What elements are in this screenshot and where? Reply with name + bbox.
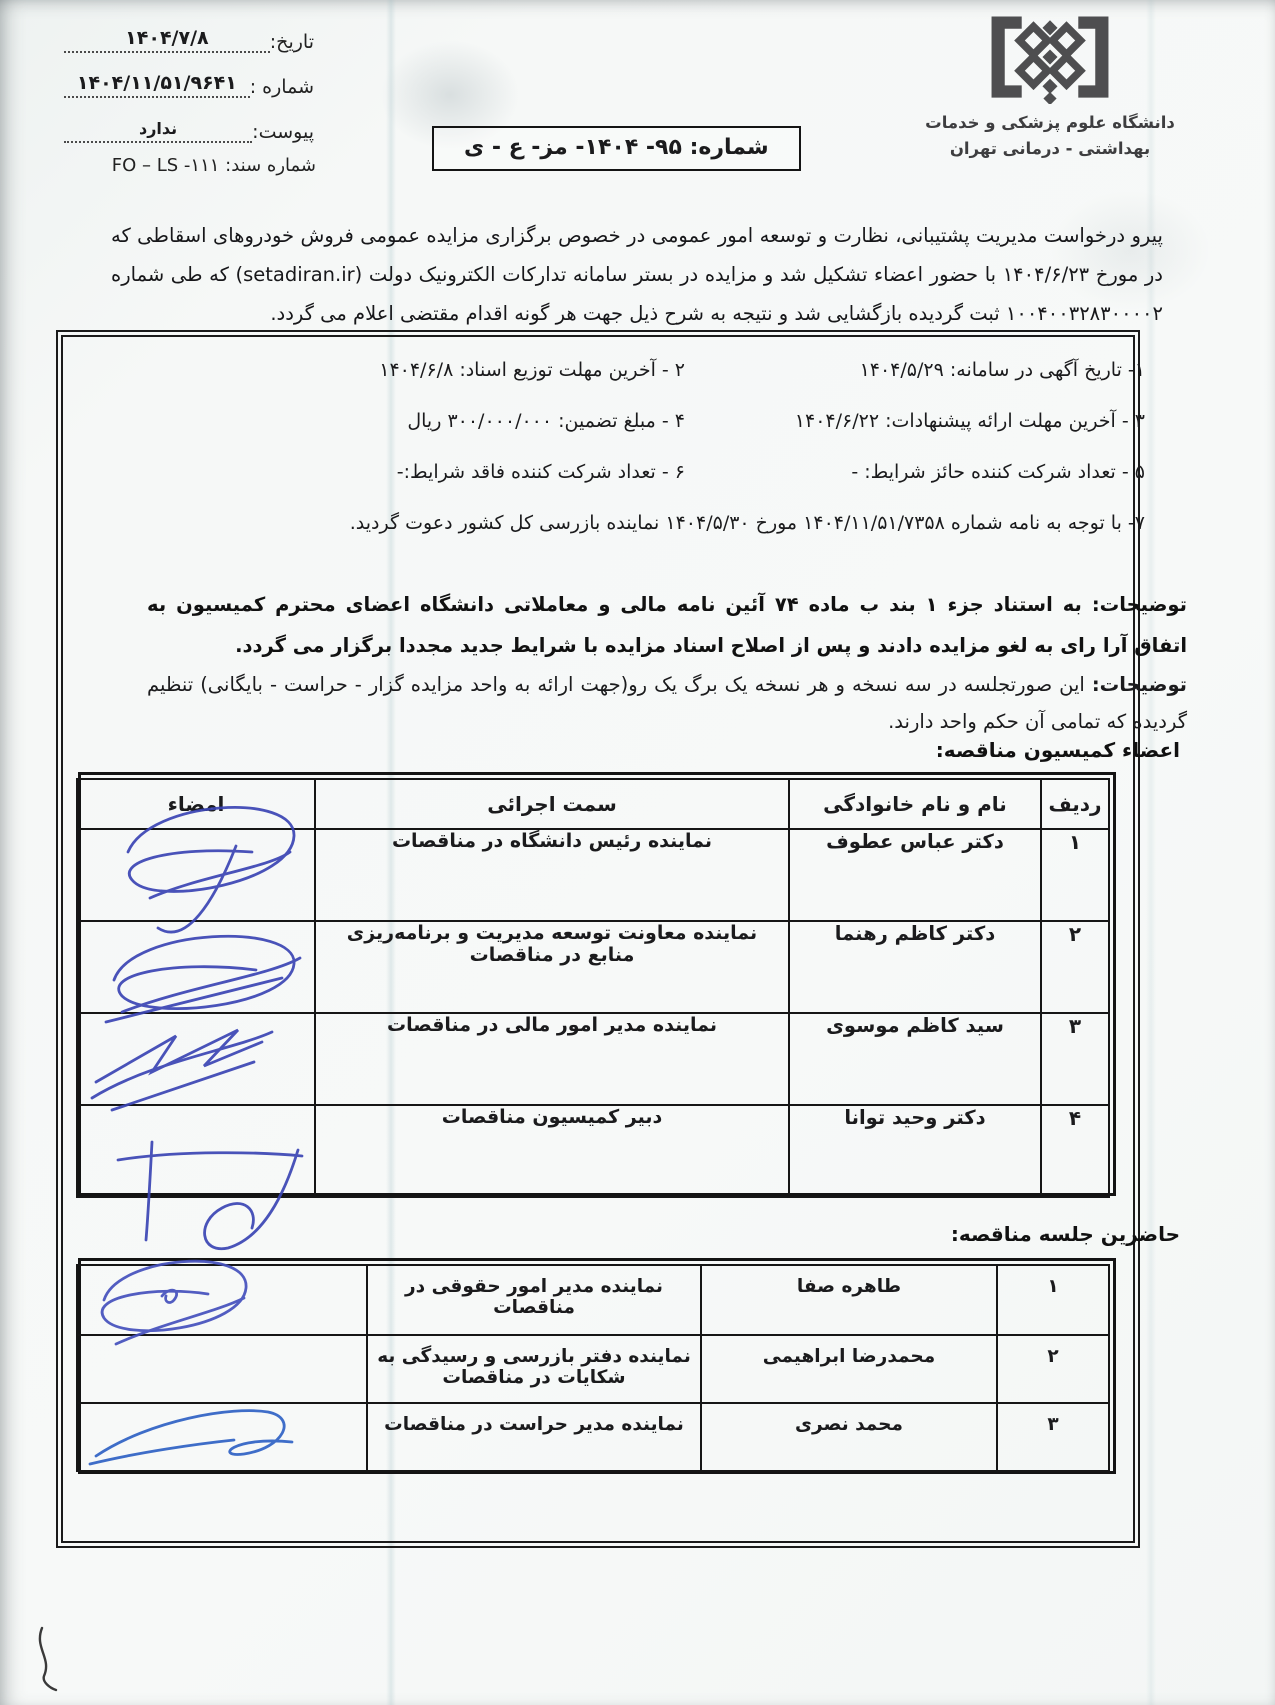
- members-heading: اعضاء کمیسیون مناقصه:: [160, 738, 1180, 762]
- members-header-row: ردیف نام و نام خانوادگی سمت اجرائی امضاء: [77, 779, 1109, 829]
- pen-mark: [40, 1628, 56, 1690]
- meta-number-row: شماره : ۱۴۰۴/۱۱/۵۱/۹۶۴۱: [64, 65, 316, 98]
- signature-cell: [77, 1013, 315, 1105]
- table-row: ۱ طاهره صفا نماینده مدیر امور حقوقی در م…: [77, 1265, 1109, 1335]
- attendees-table: ۱ طاهره صفا نماینده مدیر امور حقوقی در م…: [78, 1258, 1116, 1474]
- item-unqualified-participants: ۶ - تعداد شرکت کننده فاقد شرایط:-: [145, 454, 685, 490]
- item-ad-date: ۱- تاریخ آگهی در سامانه: ۱۴۰۴/۵/۲۹: [685, 352, 1145, 388]
- table-row: ۴ دکتر وحید توانا دبیر کمیسیون مناقصات: [77, 1105, 1109, 1197]
- signature-cell: [77, 1105, 315, 1197]
- attachment-dotted-line: ندارد: [64, 123, 252, 143]
- date-label: تاریخ:: [270, 31, 316, 53]
- note-copies: توضیحات: این صورتجلسه در سه نسخه و هر نس…: [147, 666, 1187, 740]
- table-row: ۳ سید کاظم موسوی نماینده مدیر امور مالی …: [77, 1013, 1109, 1105]
- meta-attachment-row: پیوست: ندارد: [64, 110, 316, 143]
- item-doc-distribution-deadline: ۲ - آخرین مهلت توزیع اسناد: ۱۴۰۴/۶/۸: [145, 352, 685, 388]
- note1-body: به استناد جزء ۱ بند ب ماده ۷۴ آئین نامه …: [147, 593, 1187, 657]
- signature-cell: [77, 829, 315, 921]
- table-row: ۳ محمد نصری نماینده مدیر حراست در مناقصا…: [77, 1403, 1109, 1471]
- org-name-line1: دانشگاه علوم پزشکی و خدمات: [900, 110, 1200, 136]
- intro-paragraph: پیرو درخواست مدیریت پشتیبانی، نظارت و تو…: [111, 216, 1163, 333]
- number-label: شماره :: [250, 76, 316, 98]
- tender-detail-items: ۱- تاریخ آگهی در سامانه: ۱۴۰۴/۵/۲۹ ۲ - آ…: [145, 352, 1145, 541]
- col-header-row-number: ردیف: [1041, 779, 1109, 829]
- org-name-line2: بهداشتی - درمانی تهران: [900, 136, 1200, 162]
- item-guarantee-amount: ۴ - مبلغ تضمین: ۳۰۰/۰۰۰/۰۰۰ ریال: [145, 403, 685, 439]
- note1-label: توضیحات:: [1092, 593, 1187, 616]
- attachment-value: ندارد: [139, 119, 177, 138]
- signature-cell: [77, 1265, 367, 1335]
- letterhead-meta: تاریخ: ۱۴۰۴/۷/۸ شماره : ۱۴۰۴/۱۱/۵۱/۹۶۴۱ …: [64, 20, 316, 176]
- members-table: ردیف نام و نام خانوادگی سمت اجرائی امضاء…: [78, 772, 1116, 1196]
- col-header-name: نام و نام خانوادگی: [789, 779, 1041, 829]
- document-number-box: شماره: ۹۵- ۱۴۰۴- مز- ع - ی: [432, 126, 801, 171]
- meta-date-row: تاریخ: ۱۴۰۴/۷/۸: [64, 20, 316, 53]
- signature-cell: [77, 921, 315, 1013]
- organization-block: دانشگاه علوم پزشکی و خدمات بهداشتی - درم…: [900, 12, 1200, 162]
- table-row: ۲ دکتر کاظم رهنما نماینده معاونت توسعه م…: [77, 921, 1109, 1013]
- scanned-document-page: تاریخ: ۱۴۰۴/۷/۸ شماره : ۱۴۰۴/۱۱/۵۱/۹۶۴۱ …: [0, 0, 1275, 1705]
- date-dotted-line: ۱۴۰۴/۷/۸: [64, 32, 270, 53]
- col-header-position: سمت اجرائی: [315, 779, 789, 829]
- signature-cell: [77, 1335, 367, 1403]
- attendees-heading: حاضرین جلسه مناقصه:: [160, 1222, 1180, 1246]
- note2-body: این صورتجلسه در سه نسخه و هر نسخه یک برگ…: [147, 673, 1187, 733]
- university-logo-icon: [984, 12, 1116, 104]
- item-proposal-deadline: ۳ - آخرین مهلت ارائه پیشنهادات: ۱۴۰۴/۶/۲…: [685, 403, 1145, 439]
- note-cancellation: توضیحات: به استناد جزء ۱ بند ب ماده ۷۴ آ…: [147, 584, 1187, 666]
- number-value: ۱۴۰۴/۱۱/۵۱/۹۶۴۱: [77, 72, 237, 94]
- attachment-label: پیوست:: [252, 121, 316, 143]
- document-id: شماره سند: ۱۱۱- FO – LS: [64, 155, 316, 176]
- item-inspector-invitation: ۷- با توجه به نامه شماره ۱۴۰۴/۱۱/۵۱/۷۳۵۸…: [145, 505, 1145, 541]
- date-value: ۱۴۰۴/۷/۸: [125, 27, 208, 49]
- note2-label: توضیحات:: [1092, 673, 1187, 696]
- item-qualified-participants: ۵ - تعداد شرکت کننده حائز شرایط: -: [685, 454, 1145, 490]
- number-dotted-line: ۱۴۰۴/۱۱/۵۱/۹۶۴۱: [64, 77, 250, 98]
- signature-cell: [77, 1403, 367, 1471]
- col-header-signature: امضاء: [77, 779, 315, 829]
- table-row: ۲ محمدرضا ابراهیمی نماینده دفتر بازرسی و…: [77, 1335, 1109, 1403]
- table-row: ۱ دکتر عباس عطوف نماینده رئیس دانشگاه در…: [77, 829, 1109, 921]
